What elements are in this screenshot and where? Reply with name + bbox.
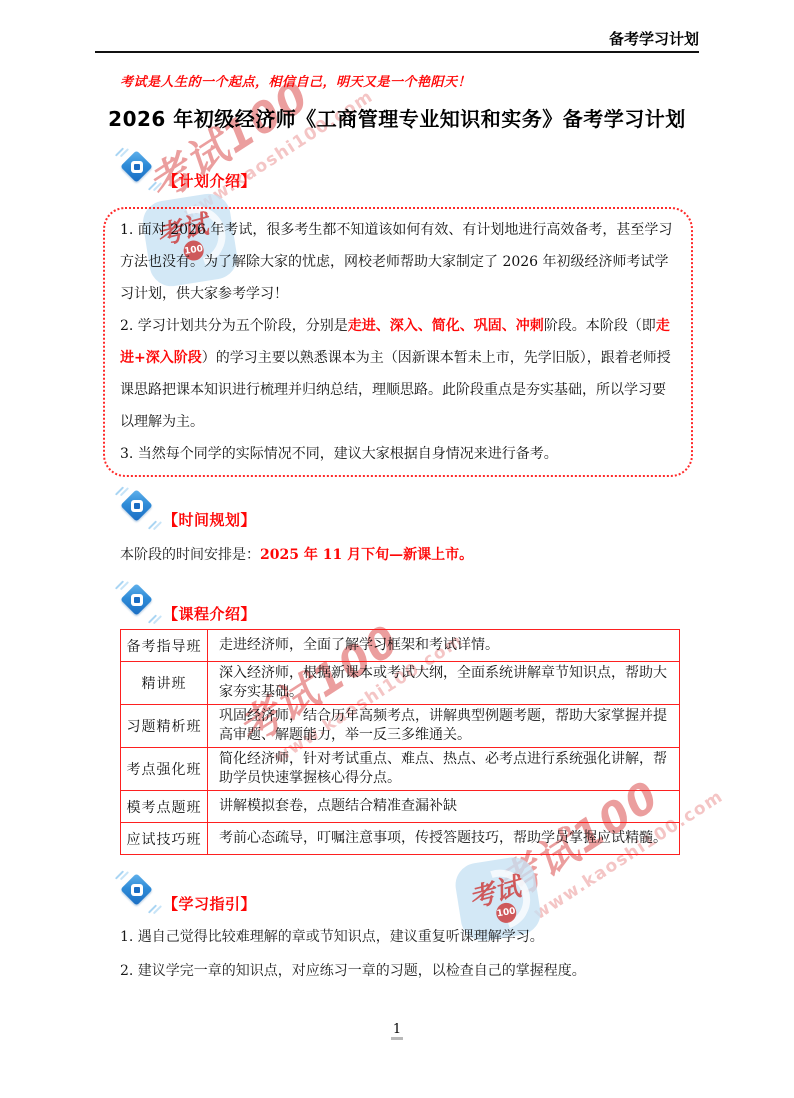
- section-study-guide-heading: 【学习指引】: [113, 869, 699, 917]
- document-glyph-icon: [131, 161, 143, 173]
- course-table: 备考指导班 走进经济师，全面了解学习框架和考试详情。 精讲班 深入经济师，根据新…: [120, 629, 680, 855]
- course-name-cell: 考点强化班: [121, 748, 208, 791]
- time-plan-line: 本阶段的时间安排是：2025 年 11 月下旬—新课上市。: [120, 545, 699, 565]
- document-page: 考试100 www.kaoshi100.com 考试100 www.kaoshi…: [0, 0, 794, 1098]
- paragraph-text: 阶段。本阶段（即: [544, 318, 656, 334]
- paragraph-text: ）的学习主要以熟悉课本为主（因新课本暂未上市，先学旧版），跟着老师授课思路把课本…: [120, 350, 671, 430]
- decorative-slash-icon: [148, 614, 157, 623]
- course-desc-cell: 深入经济师，根据新课本或考试大纲，全面系统讲解章节知识点，帮助大家夯实基础。: [208, 662, 680, 705]
- table-row: 应试技巧班 考前心态疏导，叮嘱注意事项，传授答题技巧，帮助学员掌握应试精髓。: [121, 823, 680, 855]
- blue-diamond-icon: [113, 579, 161, 627]
- decorative-slash-icon: [115, 486, 124, 495]
- plan-intro-dashed-box: 1. 面对 2026 年考试，很多考生都不知道该如何有效、有计划地进行高效备考，…: [103, 207, 693, 477]
- plan-intro-paragraph-2: 2. 学习计划共分为五个阶段，分别是走进、深入、简化、巩固、冲刺阶段。本阶段（即…: [120, 310, 676, 438]
- plan-intro-paragraph-3: 3. 当然每个同学的实际情况不同，建议大家根据自身情况来进行备考。: [120, 438, 676, 470]
- blue-diamond-icon: [113, 869, 161, 917]
- blue-diamond-icon: [113, 485, 161, 533]
- page-number: 1: [391, 1022, 403, 1040]
- table-row: 精讲班 深入经济师，根据新课本或考试大纲，全面系统讲解章节知识点，帮助大家夯实基…: [121, 662, 680, 705]
- table-row: 备考指导班 走进经济师，全面了解学习框架和考试详情。: [121, 630, 680, 662]
- decorative-slash-icon: [148, 181, 157, 190]
- page-footer: 1: [0, 1018, 794, 1040]
- document-glyph-icon: [131, 500, 143, 512]
- guide-item: 2. 建议学完一章的知识点，对应练习一章的习题，以检查自己的掌握程度。: [120, 961, 699, 981]
- plan-intro-paragraph-1: 1. 面对 2026 年考试，很多考生都不知道该如何有效、有计划地进行高效备考，…: [120, 214, 676, 310]
- time-plan-label: 本阶段的时间安排是：: [120, 547, 260, 563]
- section-time-plan-heading: 【时间规划】: [113, 485, 699, 533]
- course-name-cell: 应试技巧班: [121, 823, 208, 855]
- header-title: 备考学习计划: [609, 30, 699, 48]
- decorative-slash-icon: [115, 147, 124, 156]
- page-header: 备考学习计划: [95, 28, 699, 53]
- course-desc-cell: 巩固经济师，结合历年高频考点，讲解典型例题考题，帮助大家掌握并提高审题、解题能力…: [208, 705, 680, 748]
- course-desc-cell: 简化经济师，针对考试重点、难点、热点、必考点进行系统强化讲解，帮助学员快速掌握核…: [208, 748, 680, 791]
- course-desc-cell: 考前心态疏导，叮嘱注意事项，传授答题技巧，帮助学员掌握应试精髓。: [208, 823, 680, 855]
- table-row: 模考点题班 讲解模拟套卷，点题结合精准查漏补缺: [121, 791, 680, 823]
- table-row: 习题精析班 巩固经济师，结合历年高频考点，讲解典型例题考题，帮助大家掌握并提高审…: [121, 705, 680, 748]
- document-glyph-icon: [131, 884, 143, 896]
- section-heading-label: 【时间规划】: [163, 509, 256, 530]
- section-course-intro-heading: 【课程介绍】: [113, 579, 699, 627]
- course-name-cell: 备考指导班: [121, 630, 208, 662]
- highlight-stages-text: 走进、深入、简化、巩固、冲刺: [348, 318, 544, 334]
- section-heading-label: 【计划介绍】: [163, 170, 256, 191]
- blue-diamond-icon: [113, 146, 161, 194]
- document-title: 2026 年初级经济师《工商管理专业知识和实务》备考学习计划: [95, 103, 699, 132]
- section-heading-label: 【学习指引】: [163, 893, 256, 914]
- decorative-slash-icon: [115, 870, 124, 879]
- course-name-cell: 模考点题班: [121, 791, 208, 823]
- table-row: 考点强化班 简化经济师，针对考试重点、难点、热点、必考点进行系统强化讲解，帮助学…: [121, 748, 680, 791]
- document-glyph-icon: [131, 594, 143, 606]
- time-plan-highlight: 2025 年 11 月下旬—新课上市。: [260, 547, 473, 563]
- motivational-slogan: 考试是人生的一个起点，相信自己，明天又是一个艳阳天！: [120, 71, 691, 90]
- page-content: 备考学习计划 考试是人生的一个起点，相信自己，明天又是一个艳阳天！ 2026 年…: [0, 0, 794, 981]
- course-desc-cell: 走进经济师，全面了解学习框架和考试详情。: [208, 630, 680, 662]
- decorative-slash-icon: [148, 904, 157, 913]
- section-plan-intro-heading: 【计划介绍】: [113, 146, 699, 194]
- course-desc-cell: 讲解模拟套卷，点题结合精准查漏补缺: [208, 791, 680, 823]
- guide-item: 1. 遇自己觉得比较难理解的章或节知识点，建议重复听课理解学习。: [120, 927, 699, 947]
- paragraph-text: 2. 学习计划共分为五个阶段，分别是: [120, 318, 348, 334]
- section-heading-label: 【课程介绍】: [163, 603, 256, 624]
- course-name-cell: 精讲班: [121, 662, 208, 705]
- course-name-cell: 习题精析班: [121, 705, 208, 748]
- decorative-slash-icon: [115, 580, 124, 589]
- decorative-slash-icon: [148, 520, 157, 529]
